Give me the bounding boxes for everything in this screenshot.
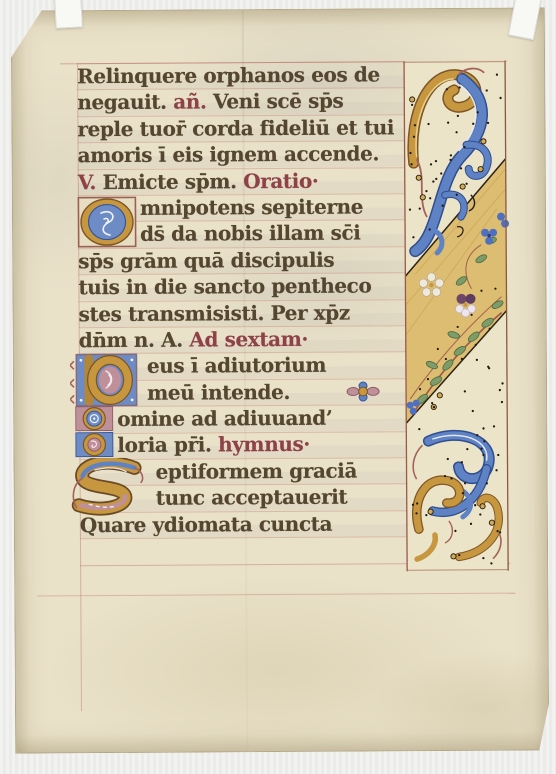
- text-segment: tunc acceptauerit: [156, 485, 348, 510]
- ruling-line: [37, 593, 515, 597]
- ruling-lines: [12, 8, 544, 11]
- initial-o-large: O: [77, 196, 137, 252]
- text-line: reple tuor̄ corda fideliū et tui: [77, 114, 407, 142]
- photo-background: Relinquere orphanos eos denegauit. añ. V…: [0, 0, 556, 774]
- text-line: negauit. añ. Veni scē sp̄s: [77, 88, 407, 116]
- text-segment: amoris ī eis ignem accende.: [78, 142, 380, 168]
- line-filler-ornament: [344, 381, 382, 405]
- manuscript-page: Relinquere orphanos eos denegauit. añ. V…: [11, 7, 550, 753]
- text-segment: hymnus·: [218, 432, 310, 457]
- initial-d-small: D: [75, 406, 113, 435]
- text-segment: Veni scē sp̄s: [213, 89, 343, 114]
- text-segment: Emicte sp̄m.: [102, 169, 243, 194]
- text-segment: Oratio·: [243, 168, 318, 192]
- text-line: stes transmisisti. Per xp̄z: [79, 299, 409, 327]
- initial-g-small: G: [75, 432, 113, 461]
- text-segment: reple tuor̄ corda fideliū et tui: [77, 115, 394, 141]
- text-segment: loria pr̄i.: [117, 433, 218, 458]
- text-segment: V.: [78, 170, 103, 194]
- text-segment: añ.: [173, 90, 213, 114]
- text-segment: eus ī adiutorium: [147, 353, 326, 378]
- text-line: tuis in die sancto pentheco: [78, 272, 408, 300]
- text-segment: meū intende.: [147, 380, 290, 405]
- text-segment: mnipotens sepiterne: [140, 194, 363, 219]
- text-segment: stes transmisisti. Per xp̄z: [79, 300, 350, 326]
- decorated-border: [400, 59, 525, 582]
- border-artwork: [400, 59, 525, 578]
- text-segment: omine ad adiuuand’: [117, 406, 332, 431]
- text-segment: Ad sextam·: [189, 327, 308, 352]
- text-line: V. Emicte sp̄m. Oratio·: [78, 167, 408, 195]
- text-line: loria pr̄i. hymnus·: [79, 431, 409, 459]
- text-line: amoris ī eis ignem accende.: [78, 140, 408, 168]
- tape-tab-left: [54, 0, 83, 29]
- initial-s-large: S: [64, 458, 150, 521]
- text-line: dn̄m n. A. Ad sextam·: [79, 325, 409, 353]
- text-segment: negauit.: [77, 90, 173, 115]
- text-segment: tuis in die sancto pentheco: [78, 274, 371, 300]
- text-line: Relinquere orphanos eos de: [77, 61, 407, 89]
- text-segment: ds̄ da nobis illam sc̄i: [140, 221, 360, 246]
- initial-d-large: D: [70, 353, 140, 411]
- text-segment: dn̄m n. A.: [79, 327, 190, 352]
- text-segment: eptiformem graciā: [155, 458, 357, 483]
- text-segment: Relinquere orphanos eos de: [77, 62, 380, 88]
